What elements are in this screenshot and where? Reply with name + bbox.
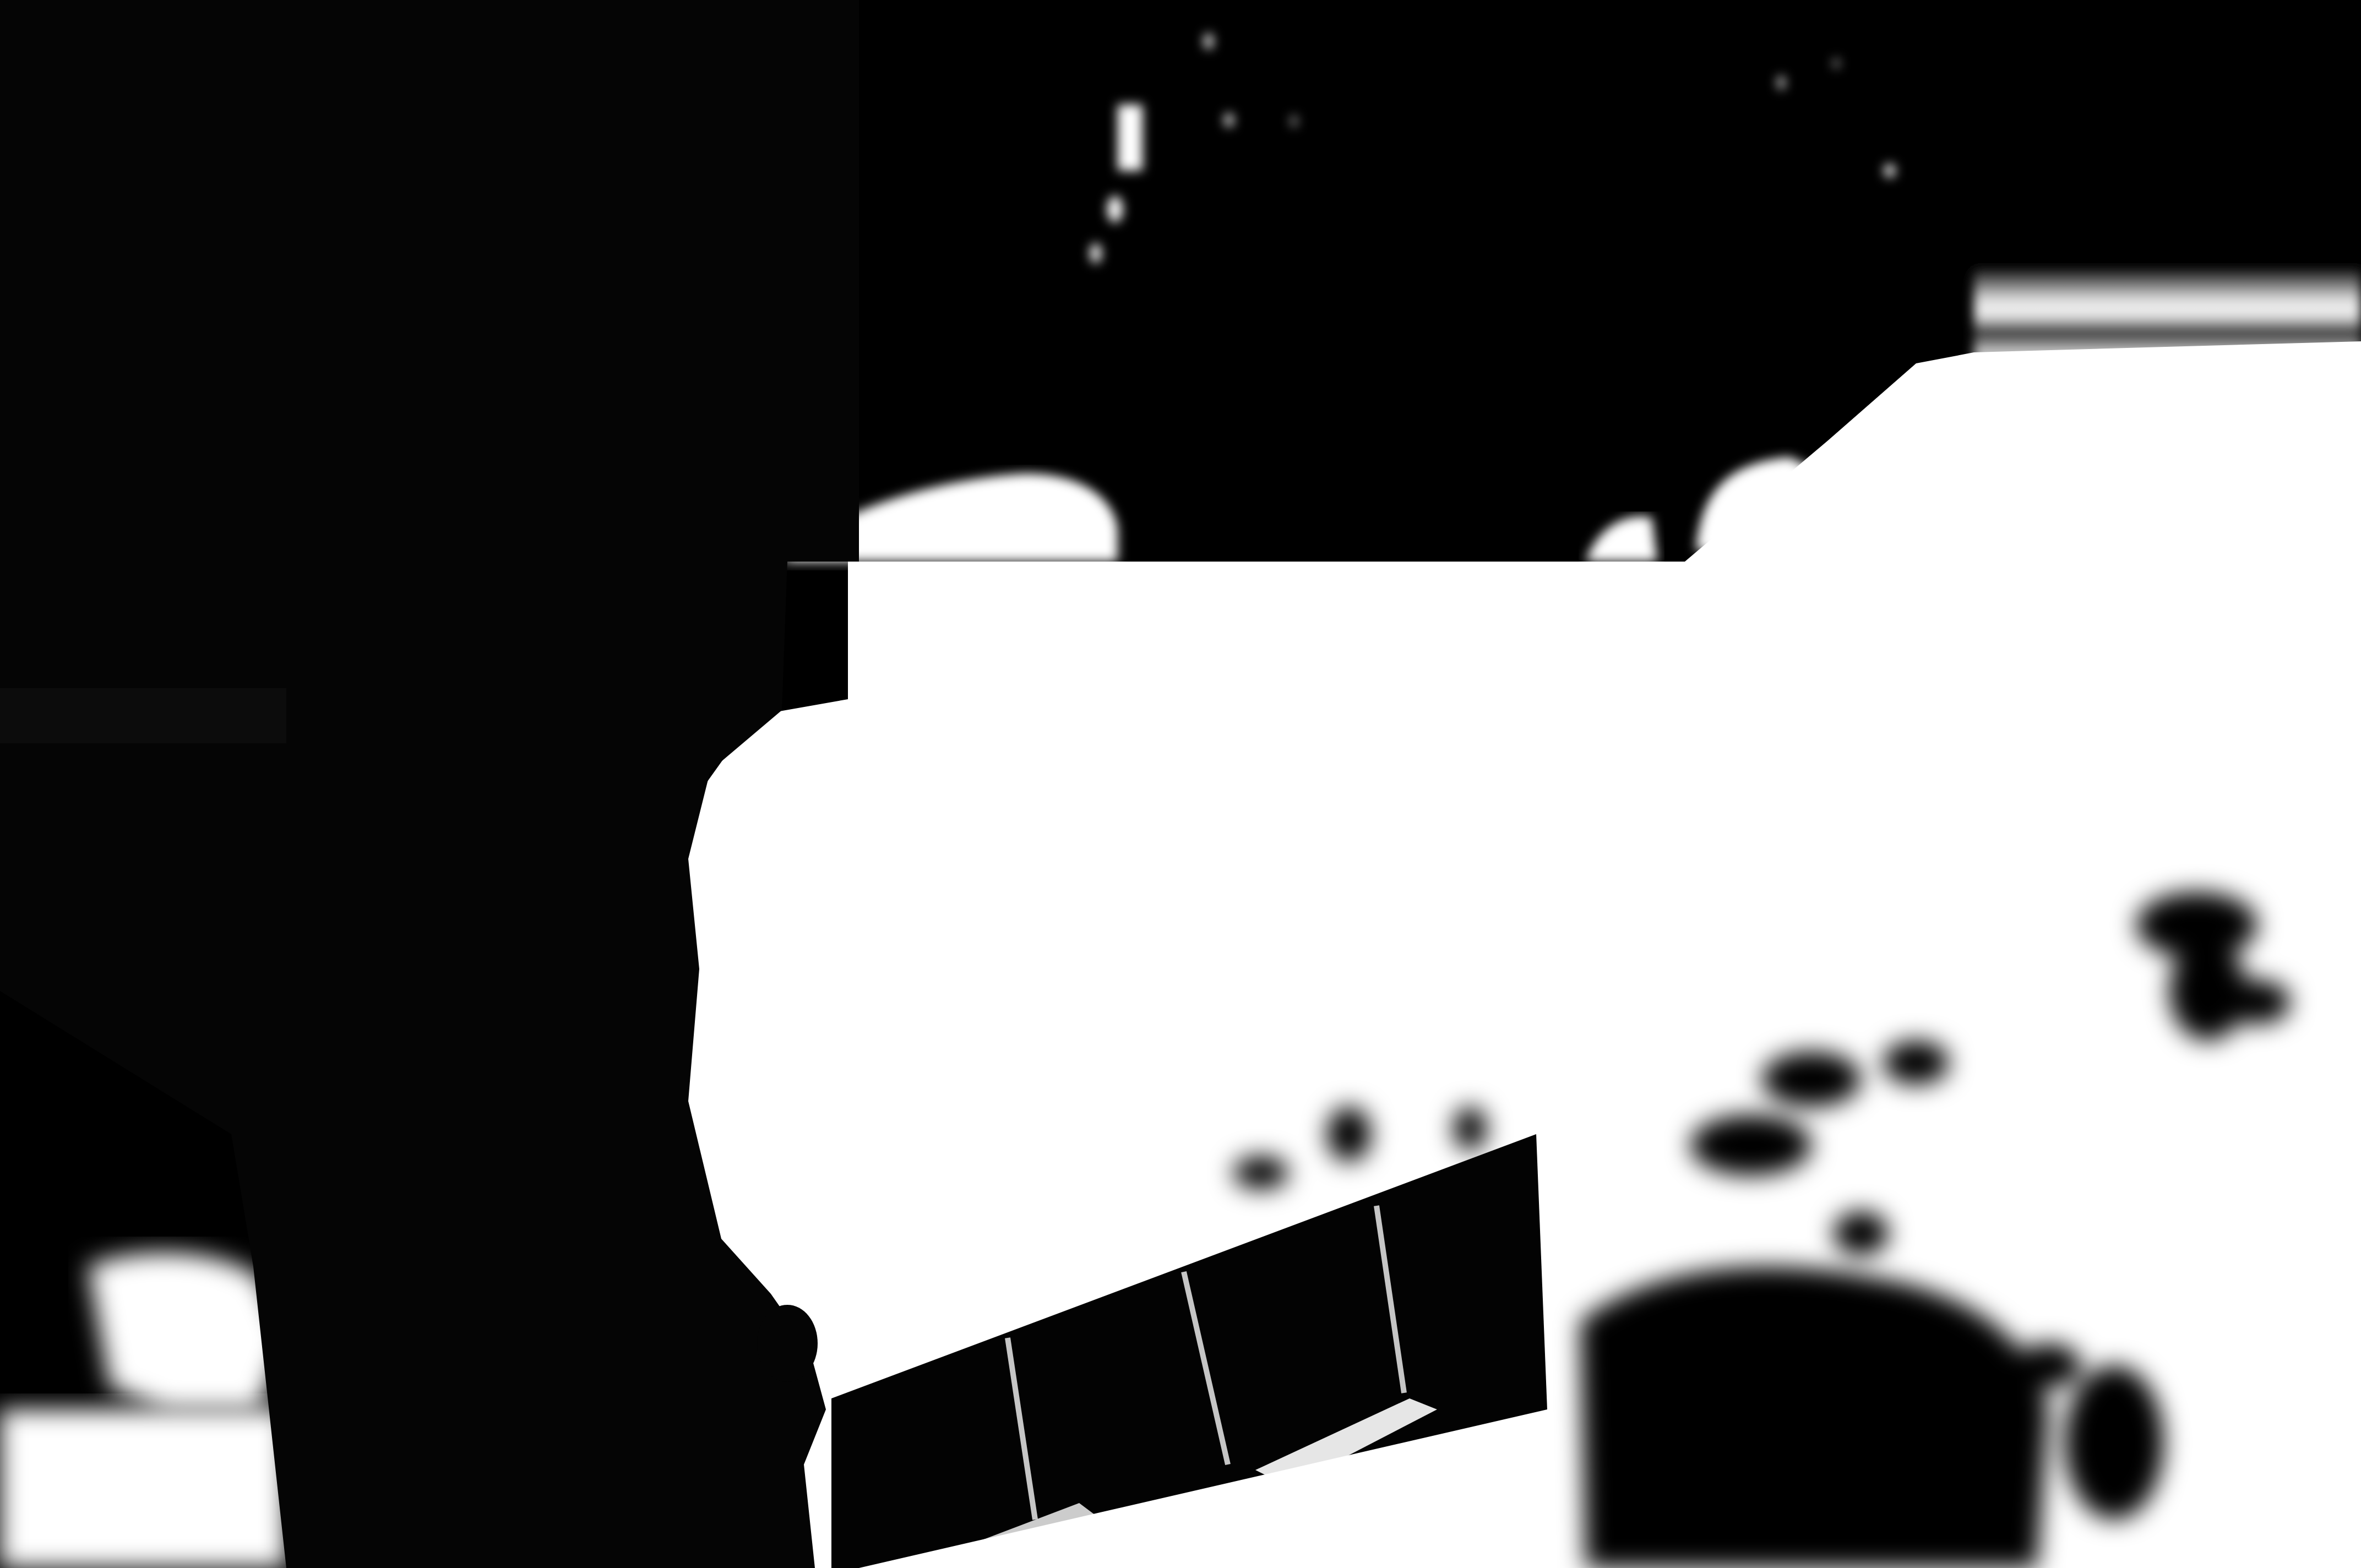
earth-from-orbit-photo xyxy=(0,0,2361,1568)
